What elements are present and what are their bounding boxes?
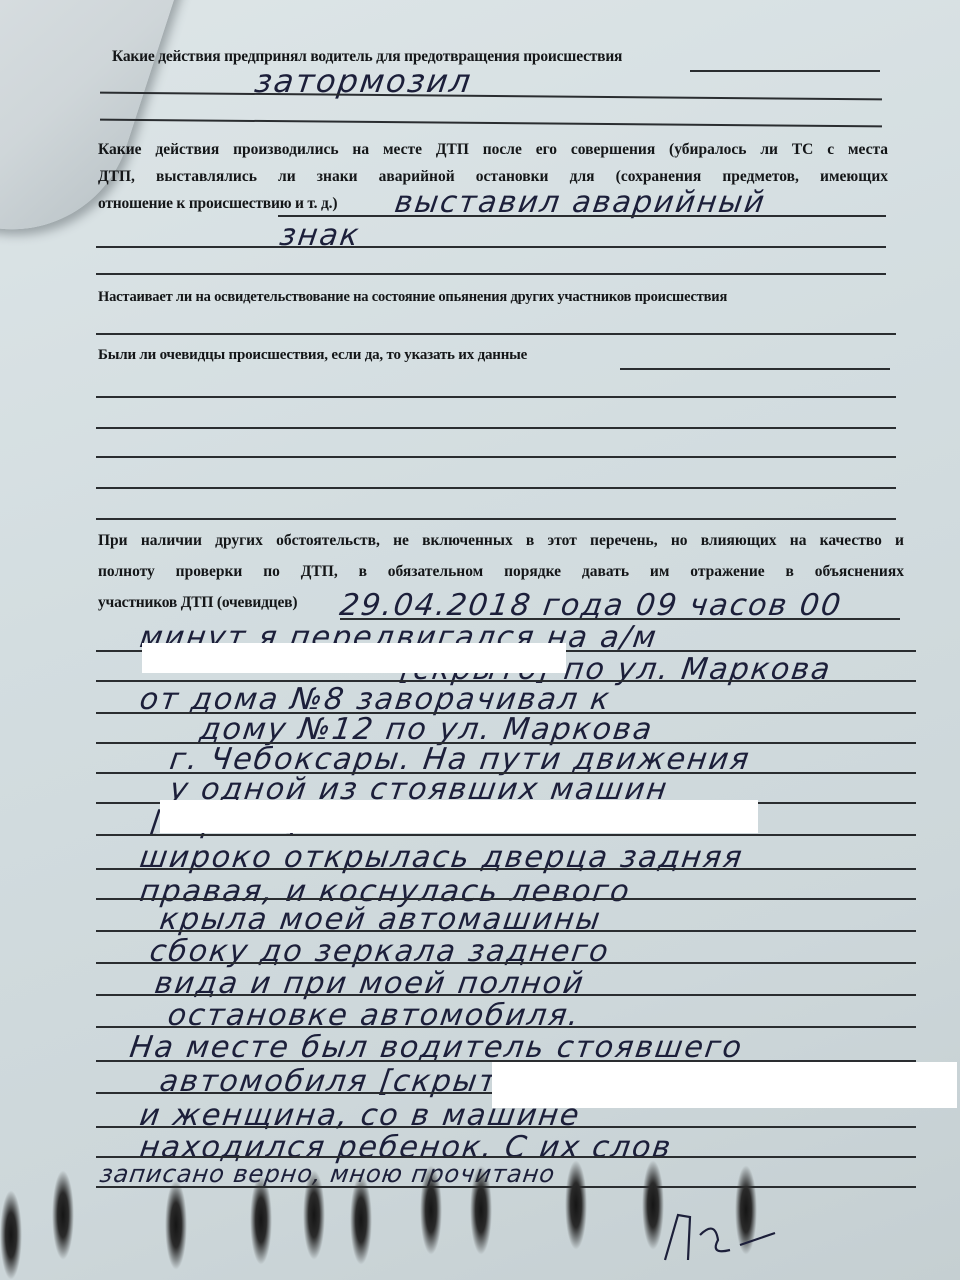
redaction-box [160, 800, 758, 833]
answer-line [96, 518, 896, 520]
question-post-accident-label-1: Какие действия производились на месте ДТ… [98, 141, 888, 159]
answer-line [96, 456, 896, 458]
redaction-box [142, 643, 566, 673]
answer-line [96, 868, 916, 870]
answer-line [96, 898, 916, 900]
redaction-box [492, 1062, 957, 1108]
answer-line [96, 427, 896, 429]
answer-line [96, 1026, 916, 1028]
answer-line [96, 930, 916, 932]
answer-line [96, 834, 916, 836]
answer-line [96, 994, 916, 996]
answer-line [690, 70, 880, 72]
question-other-label-3: участников ДТП (очевидцев) [98, 594, 297, 612]
question-post-accident-label-3: отношение к происшествию и т. д.) [98, 195, 337, 213]
answer-line [100, 119, 882, 128]
folded-page-corner [0, 0, 182, 260]
answer-line [100, 92, 882, 101]
answer-line [96, 273, 886, 275]
answer-line [96, 396, 896, 398]
signature [660, 1205, 780, 1265]
question-other-label-2: полноту проверки по ДТП, в обязательном … [98, 563, 904, 581]
answer-line [96, 1156, 916, 1158]
question-intoxication-label: Настаивает ли на освидетельствование на … [98, 289, 727, 306]
answer-line [96, 487, 896, 489]
answer-line [96, 246, 886, 248]
answer-line [96, 333, 896, 335]
question-other-label-1: При наличии других обстоятельств, не вкл… [98, 532, 904, 550]
question-witnesses-label: Были ли очевидцы происшествия, если да, … [98, 347, 527, 364]
question-post-accident-label-2: ДТП, выставлялись ли знаки аварийной ост… [98, 168, 888, 186]
answer-line [278, 215, 886, 217]
answer-line [620, 368, 890, 370]
answer-line [96, 1186, 916, 1188]
document-page: Какие действия предпринял водитель для п… [0, 0, 960, 1280]
answer-line [96, 1126, 916, 1128]
answer-line [96, 962, 916, 964]
